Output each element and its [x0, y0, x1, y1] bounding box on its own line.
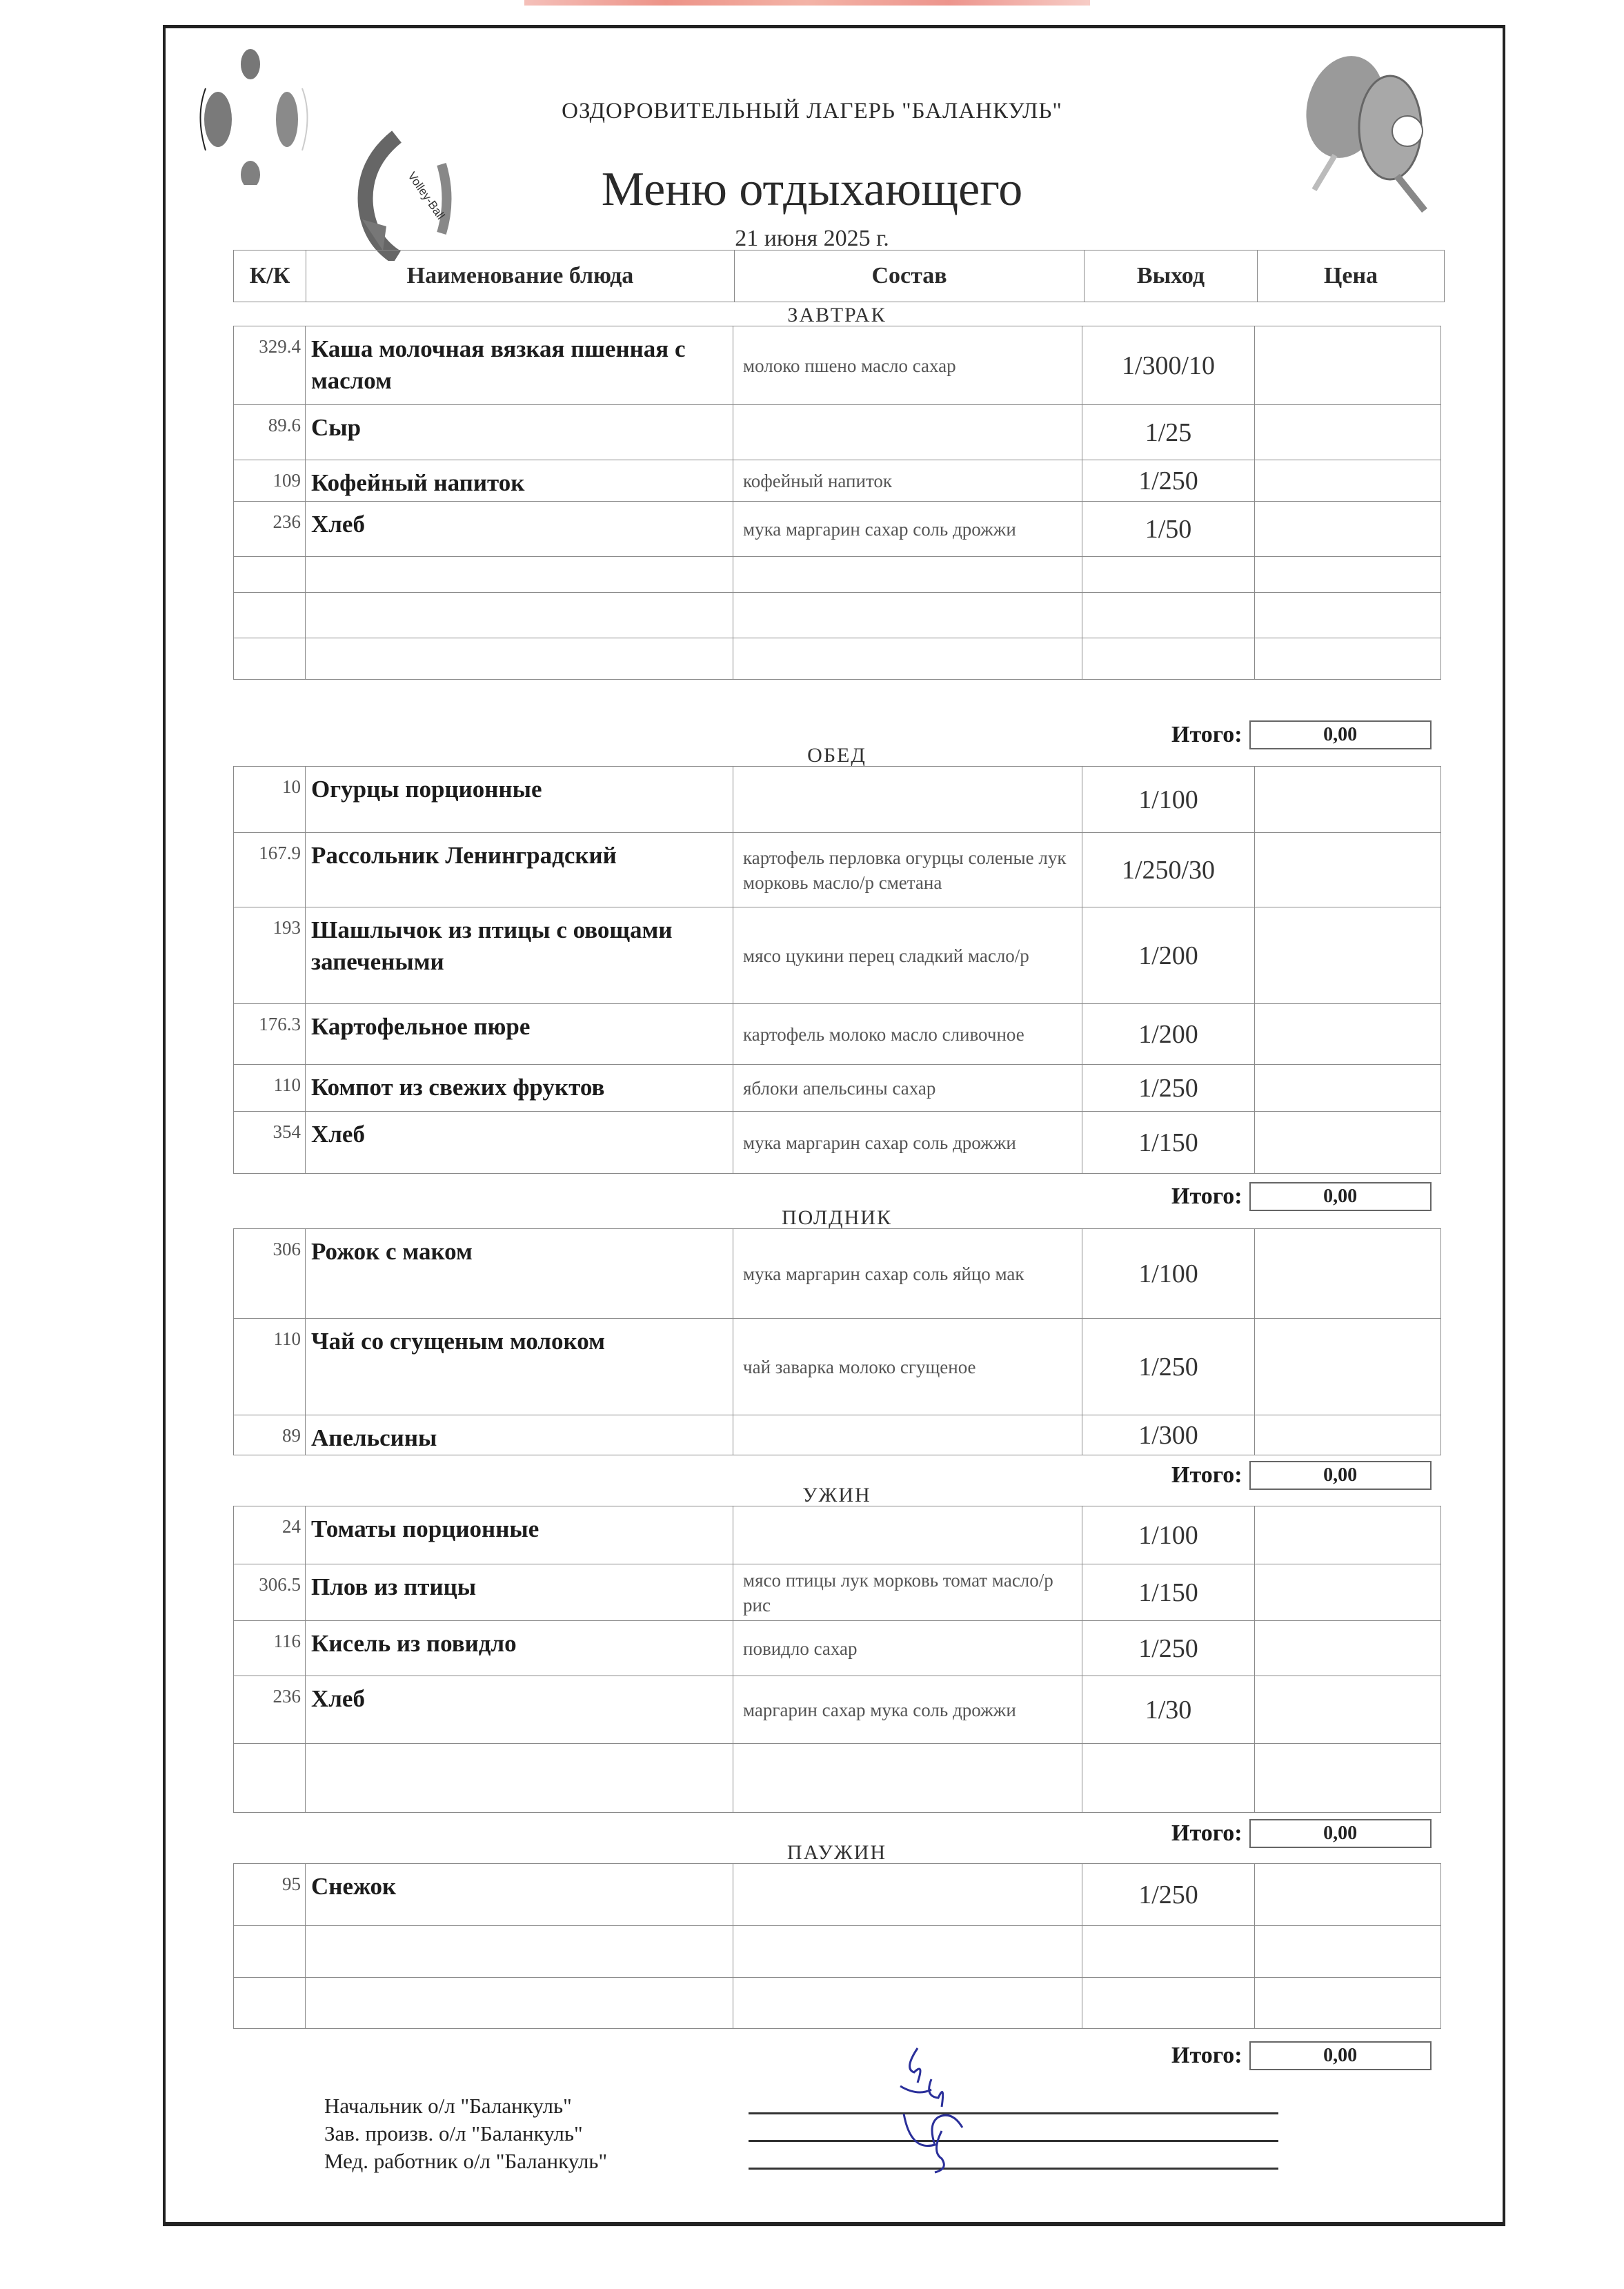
dish-name: Рожок с маком: [306, 1229, 733, 1319]
section-title: ОБЕД: [233, 744, 1440, 767]
dish-code: 95: [234, 1864, 306, 1926]
dish-yield: 1/250: [1082, 1319, 1255, 1415]
dish-price: [1255, 1506, 1441, 1564]
dish-composition: [733, 767, 1082, 833]
dish-yield: 1/100: [1082, 1229, 1255, 1319]
dish-yield: 1/100: [1082, 1506, 1255, 1564]
dish-price: [1255, 1744, 1441, 1813]
dish-yield: 1/300: [1082, 1415, 1255, 1455]
table-row: 306.5Плов из птицымясо птицы лук морковь…: [234, 1564, 1441, 1621]
table-row: 110Компот из свежих фруктовяблоки апельс…: [234, 1065, 1441, 1112]
dish-price: [1255, 1112, 1441, 1174]
dish-price: [1255, 1065, 1441, 1112]
dish-composition: маргарин сахар мука соль дрожжи: [733, 1676, 1082, 1744]
dish-code: 354: [234, 1112, 306, 1174]
dish-composition: [733, 593, 1082, 638]
dish-name: [306, 1744, 733, 1813]
dish-code: [234, 557, 306, 593]
dish-price: [1255, 767, 1441, 833]
dish-yield: 1/50: [1082, 502, 1255, 557]
section-table: 10Огурцы порционные1/100167.9Рассольник …: [233, 766, 1441, 1174]
dish-price: [1255, 1978, 1441, 2029]
dish-name: Хлеб: [306, 1676, 733, 1744]
dish-code: 109: [234, 460, 306, 502]
dish-name: [306, 593, 733, 638]
dish-composition: [733, 1926, 1082, 1978]
dish-price: [1255, 1926, 1441, 1978]
table-row: 167.9Рассольник Ленинградскийкартофель п…: [234, 833, 1441, 907]
dish-price: [1255, 1864, 1441, 1926]
dish-code: [234, 1978, 306, 2029]
dish-composition: [733, 1506, 1082, 1564]
dish-composition: [733, 557, 1082, 593]
dish-yield: 1/250: [1082, 1621, 1255, 1676]
table-row: 236Хлебмаргарин сахар мука соль дрожжи1/…: [234, 1676, 1441, 1744]
dish-name: Рассольник Ленинградский: [306, 833, 733, 907]
table-row: 110Чай со сгущеным молокомчай заварка мо…: [234, 1319, 1441, 1415]
dish-name: [306, 1978, 733, 2029]
dish-code: 116: [234, 1621, 306, 1676]
dish-price: [1255, 1229, 1441, 1319]
dish-yield: 1/200: [1082, 907, 1255, 1004]
dish-composition: мука маргарин сахар соль дрожжи: [733, 1112, 1082, 1174]
table-row: [234, 593, 1441, 638]
dish-code: 110: [234, 1319, 306, 1415]
page-title: Меню отдыхающего: [0, 162, 1624, 217]
dish-code: 176.3: [234, 1004, 306, 1065]
dish-composition: [733, 405, 1082, 460]
dish-price: [1255, 557, 1441, 593]
table-row: 306Рожок с макоммука маргарин сахар соль…: [234, 1229, 1441, 1319]
dish-code: 10: [234, 767, 306, 833]
dish-price: [1255, 1415, 1441, 1455]
dish-yield: [1082, 1978, 1255, 2029]
signature-label-medic: Мед. работник о/л "Баланкуль": [324, 2148, 607, 2175]
table-row: [234, 557, 1441, 593]
dish-composition: яблоки апельсины сахар: [733, 1065, 1082, 1112]
table-row: 89.6Сыр1/25: [234, 405, 1441, 460]
dish-price: [1255, 833, 1441, 907]
dish-name: Каша молочная вязкая пшенная с маслом: [306, 326, 733, 405]
dish-price: [1255, 1319, 1441, 1415]
dish-composition: [733, 1978, 1082, 2029]
dish-code: 329.4: [234, 326, 306, 405]
dish-composition: чай заварка молоко сгущеное: [733, 1319, 1082, 1415]
dish-price: [1255, 907, 1441, 1004]
dish-yield: 1/100: [1082, 767, 1255, 833]
dish-yield: 1/150: [1082, 1112, 1255, 1174]
dish-name: Хлеб: [306, 502, 733, 557]
dish-price: [1255, 638, 1441, 680]
signature-line-director: [749, 2112, 1278, 2114]
dish-price: [1255, 593, 1441, 638]
dish-name: Хлеб: [306, 1112, 733, 1174]
signature-labels: Начальник о/л "Баланкуль" Зав. произв. о…: [324, 2092, 607, 2175]
dish-yield: 1/25: [1082, 405, 1255, 460]
dish-yield: [1082, 638, 1255, 680]
signature-label-director: Начальник о/л "Баланкуль": [324, 2092, 607, 2120]
top-edge-strip: [524, 0, 1090, 6]
dish-name: Кисель из повидло: [306, 1621, 733, 1676]
dish-composition: [733, 1415, 1082, 1455]
dish-name: Компот из свежих фруктов: [306, 1065, 733, 1112]
signature-line-production-head: [749, 2140, 1278, 2142]
dish-price: [1255, 1676, 1441, 1744]
dish-code: 236: [234, 502, 306, 557]
table-row: 109Кофейный напитоккофейный напиток1/250: [234, 460, 1441, 502]
dish-yield: [1082, 593, 1255, 638]
table-row: 24Томаты порционные1/100: [234, 1506, 1441, 1564]
dish-price: [1255, 1564, 1441, 1621]
dish-price: [1255, 1621, 1441, 1676]
section-title: ПОЛДНИК: [233, 1206, 1440, 1230]
dish-name: Огурцы порционные: [306, 767, 733, 833]
dish-composition: [733, 1864, 1082, 1926]
dish-code: [234, 593, 306, 638]
dish-price: [1255, 326, 1441, 405]
dish-code: 167.9: [234, 833, 306, 907]
section-title: УЖИН: [233, 1484, 1440, 1507]
table-row: 89Апельсины1/300: [234, 1415, 1441, 1455]
total-value: 0,00: [1249, 2041, 1432, 2070]
dish-composition: мясо птицы лук морковь томат масло/р рис: [733, 1564, 1082, 1621]
table-row: 116Кисель из повидлоповидло сахар1/250: [234, 1621, 1441, 1676]
dish-yield: 1/200: [1082, 1004, 1255, 1065]
dish-name: [306, 1926, 733, 1978]
table-row: 236Хлебмука маргарин сахар соль дрожжи1/…: [234, 502, 1441, 557]
dish-price: [1255, 1004, 1441, 1065]
dish-code: 193: [234, 907, 306, 1004]
dish-yield: 1/30: [1082, 1676, 1255, 1744]
menu-date: 21 июня 2025 г.: [0, 226, 1624, 252]
dish-code: [234, 1744, 306, 1813]
section-table: 95Снежок1/250: [233, 1863, 1441, 2029]
dish-composition: мука маргарин сахар соль яйцо мак: [733, 1229, 1082, 1319]
camp-name: ОЗДОРОВИТЕЛЬНЫЙ ЛАГЕРЬ "БАЛАНКУЛЬ": [0, 99, 1624, 124]
dish-name: Томаты порционные: [306, 1506, 733, 1564]
table-row: 354Хлебмука маргарин сахар соль дрожжи1/…: [234, 1112, 1441, 1174]
dish-composition: [733, 1744, 1082, 1813]
table-row: [234, 1744, 1441, 1813]
dish-code: 306: [234, 1229, 306, 1319]
dish-name: Апельсины: [306, 1415, 733, 1455]
dish-composition: повидло сахар: [733, 1621, 1082, 1676]
dish-yield: [1082, 1926, 1255, 1978]
signature-label-production-head: Зав. произв. о/л "Баланкуль": [324, 2120, 607, 2148]
dish-name: Шашлычок из птицы с овощами запечеными: [306, 907, 733, 1004]
table-row: 95Снежок1/250: [234, 1864, 1441, 1926]
section-table: 306Рожок с макоммука маргарин сахар соль…: [233, 1228, 1441, 1455]
dish-price: [1255, 502, 1441, 557]
col-composition: Состав: [735, 250, 1085, 302]
table-row: 176.3Картофельное пюрекартофель молоко м…: [234, 1004, 1441, 1065]
signature-line-medic: [749, 2168, 1278, 2170]
dish-composition: [733, 638, 1082, 680]
dish-code: 110: [234, 1065, 306, 1112]
dish-composition: картофель молоко масло сливочное: [733, 1004, 1082, 1065]
dish-code: [234, 1926, 306, 1978]
table-row: 193Шашлычок из птицы с овощами запеченым…: [234, 907, 1441, 1004]
dish-name: [306, 557, 733, 593]
dish-code: [234, 638, 306, 680]
dish-yield: 1/250/30: [1082, 833, 1255, 907]
dish-yield: 1/250: [1082, 460, 1255, 502]
table-row: 329.4Каша молочная вязкая пшенная с масл…: [234, 326, 1441, 405]
dish-price: [1255, 405, 1441, 460]
dish-code: 89: [234, 1415, 306, 1455]
handwritten-signature: [876, 2041, 987, 2179]
dish-name: Картофельное пюре: [306, 1004, 733, 1065]
col-kk: К/К: [234, 250, 306, 302]
dish-code: 24: [234, 1506, 306, 1564]
table-row: [234, 638, 1441, 680]
dish-name: Снежок: [306, 1864, 733, 1926]
section-total: Итого:0,00: [1171, 2041, 1432, 2070]
dish-composition: кофейный напиток: [733, 460, 1082, 502]
dish-code: 306.5: [234, 1564, 306, 1621]
section-table: 24Томаты порционные1/100306.5Плов из пти…: [233, 1506, 1441, 1813]
section-title: ПАУЖИН: [233, 1841, 1440, 1865]
total-label: Итого:: [1171, 2043, 1242, 2069]
dish-name: [306, 638, 733, 680]
section-table: 329.4Каша молочная вязкая пшенная с масл…: [233, 326, 1441, 680]
dish-yield: 1/150: [1082, 1564, 1255, 1621]
table-row: 10Огурцы порционные1/100: [234, 767, 1441, 833]
dish-composition: мука маргарин сахар соль дрожжи: [733, 502, 1082, 557]
dish-code: 89.6: [234, 405, 306, 460]
col-name: Наименование блюда: [306, 250, 735, 302]
dish-yield: 1/250: [1082, 1065, 1255, 1112]
dish-yield: 1/300/10: [1082, 326, 1255, 405]
dish-composition: молоко пшено масло сахар: [733, 326, 1082, 405]
dish-price: [1255, 460, 1441, 502]
section-title: ЗАВТРАК: [233, 304, 1440, 327]
col-yield: Выход: [1085, 250, 1258, 302]
dish-yield: [1082, 557, 1255, 593]
dish-name: Кофейный напиток: [306, 460, 733, 502]
dish-composition: мясо цукини перец сладкий масло/р: [733, 907, 1082, 1004]
dish-name: Чай со сгущеным молоком: [306, 1319, 733, 1415]
dish-composition: картофель перловка огурцы соленые лук мо…: [733, 833, 1082, 907]
dish-name: Плов из птицы: [306, 1564, 733, 1621]
dish-yield: [1082, 1744, 1255, 1813]
table-row: [234, 1926, 1441, 1978]
dish-code: 236: [234, 1676, 306, 1744]
table-row: [234, 1978, 1441, 2029]
col-price: Цена: [1258, 250, 1445, 302]
dish-name: Сыр: [306, 405, 733, 460]
dish-yield: 1/250: [1082, 1864, 1255, 1926]
column-header-table: К/К Наименование блюда Состав Выход Цена: [233, 250, 1445, 302]
